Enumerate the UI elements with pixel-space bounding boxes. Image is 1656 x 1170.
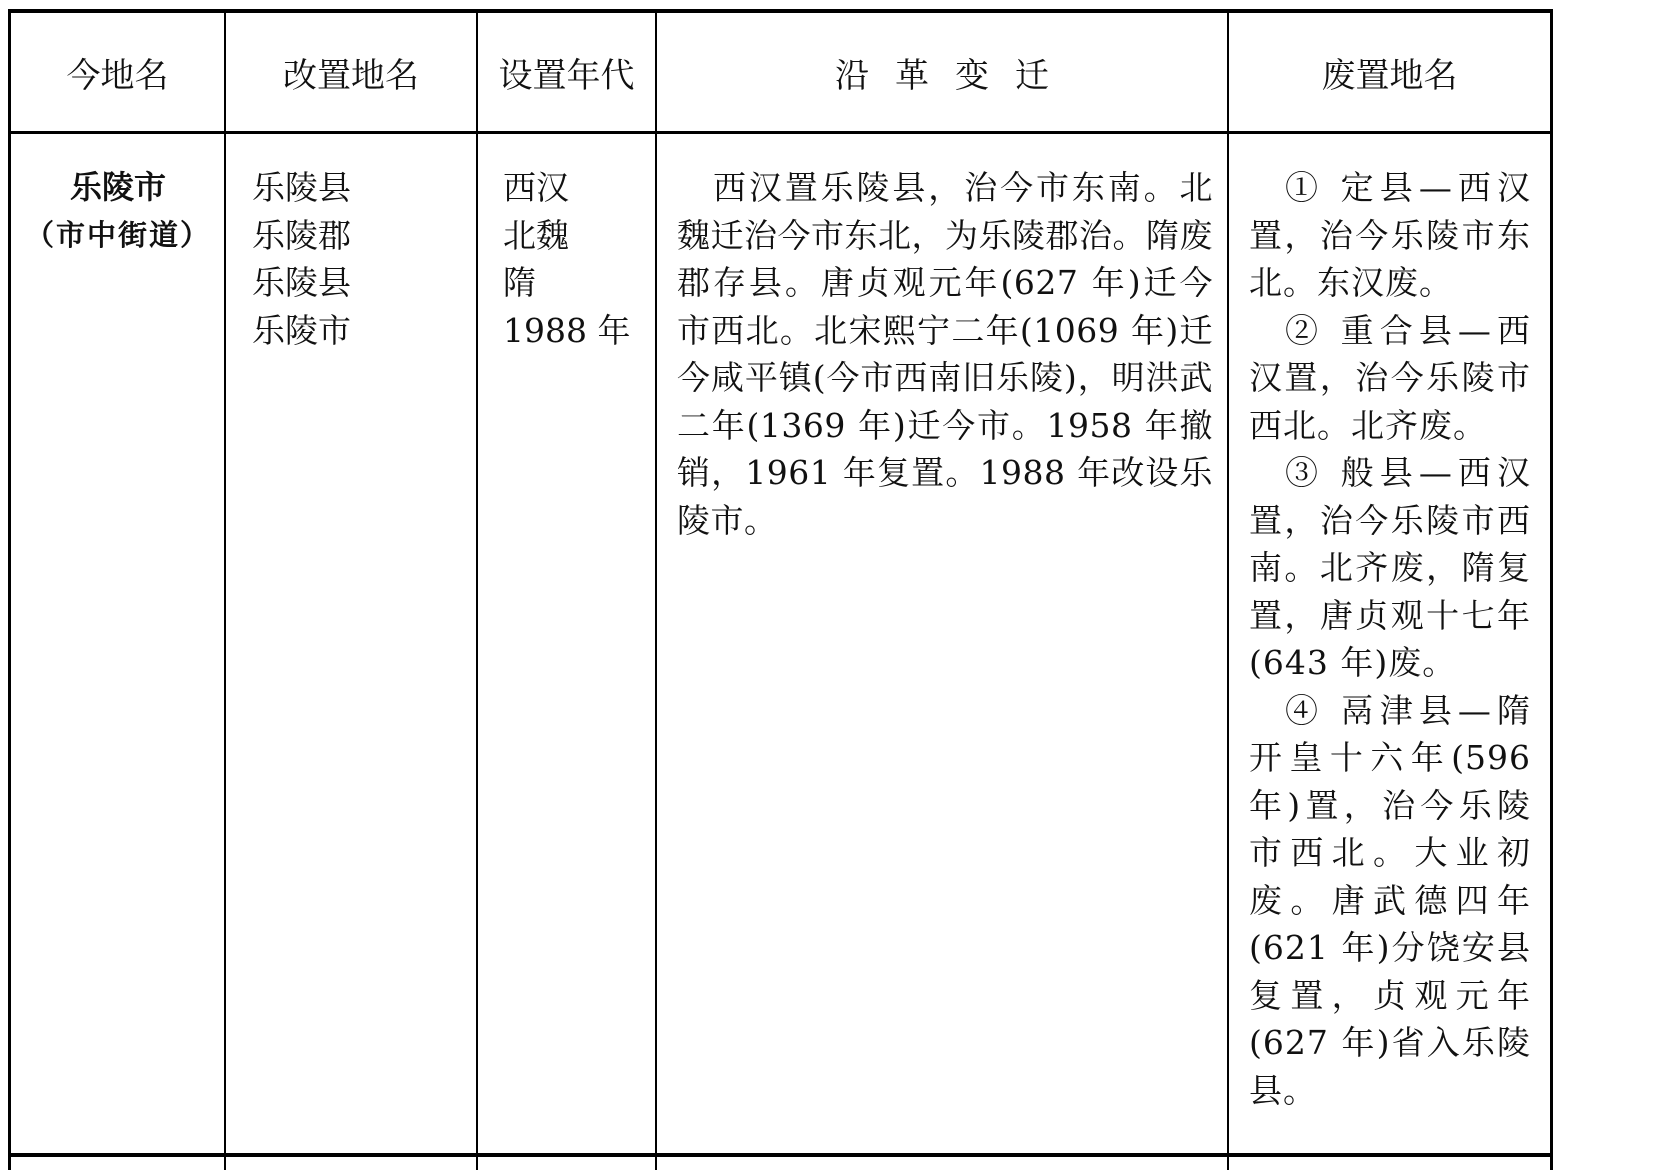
current-place-subdistrict: （市中街道） — [11, 212, 225, 260]
renamed-name-item: 乐陵市 — [252, 307, 472, 355]
renamed-name-item: 乐陵郡 — [252, 212, 472, 260]
current-place-name: 乐陵市 — [11, 164, 225, 212]
column-divider — [476, 9, 478, 1170]
abolished-name-entry: ① 定县—西汉置，治今乐陵市东北。东汉废。 — [1249, 164, 1531, 307]
header-abolished-names: 废置地名 — [1229, 13, 1550, 131]
era-item: 隋 — [503, 259, 653, 307]
header-current-name: 今地名 — [11, 13, 224, 131]
row-bottom-border — [9, 1153, 1553, 1157]
era-item: 西汉 — [503, 164, 653, 212]
column-divider — [655, 9, 657, 1170]
cell-current-name: 乐陵市 （市中街道） — [11, 134, 225, 259]
renamed-name-item: 乐陵县 — [252, 164, 472, 212]
document-page: 今地名 改置地名 设置年代 沿革变迁 废置地名 乐陵市 （市中街道） 乐陵县 乐… — [0, 0, 1656, 1170]
table-right-border — [1550, 9, 1553, 1170]
cell-history: 西汉置乐陵县，治今市东南。北魏迁治今市东北，为乐陵郡治。隋废郡存县。唐贞观元年(… — [677, 134, 1213, 544]
header-history: 沿革变迁 — [657, 13, 1227, 131]
header-established-era: 设置年代 — [478, 13, 655, 131]
cell-renamed-names: 乐陵县 乐陵郡 乐陵县 乐陵市 — [252, 134, 472, 354]
column-divider — [1227, 9, 1229, 1170]
cell-established-era: 西汉 北魏 隋 1988 年 — [503, 134, 653, 354]
abolished-name-entry: ④ 鬲津县—隋开皇十六年(596 年)置，治今乐陵市西北。大业初废。唐武德四年(… — [1249, 687, 1531, 1115]
era-item: 北魏 — [503, 212, 653, 260]
abolished-name-entry: ③ 般县—西汉置，治今乐陵市西南。北齐废，隋复置，唐贞观十七年(643 年)废。 — [1249, 449, 1531, 687]
header-renamed-names: 改置地名 — [226, 13, 476, 131]
abolished-name-entry: ② 重合县—西汉置，治今乐陵市西北。北齐废。 — [1249, 307, 1531, 450]
era-item: 1988 年 — [503, 307, 653, 355]
cell-abolished-names: ① 定县—西汉置，治今乐陵市东北。东汉废。 ② 重合县—西汉置，治今乐陵市西北。… — [1249, 134, 1531, 1114]
renamed-name-item: 乐陵县 — [252, 259, 472, 307]
